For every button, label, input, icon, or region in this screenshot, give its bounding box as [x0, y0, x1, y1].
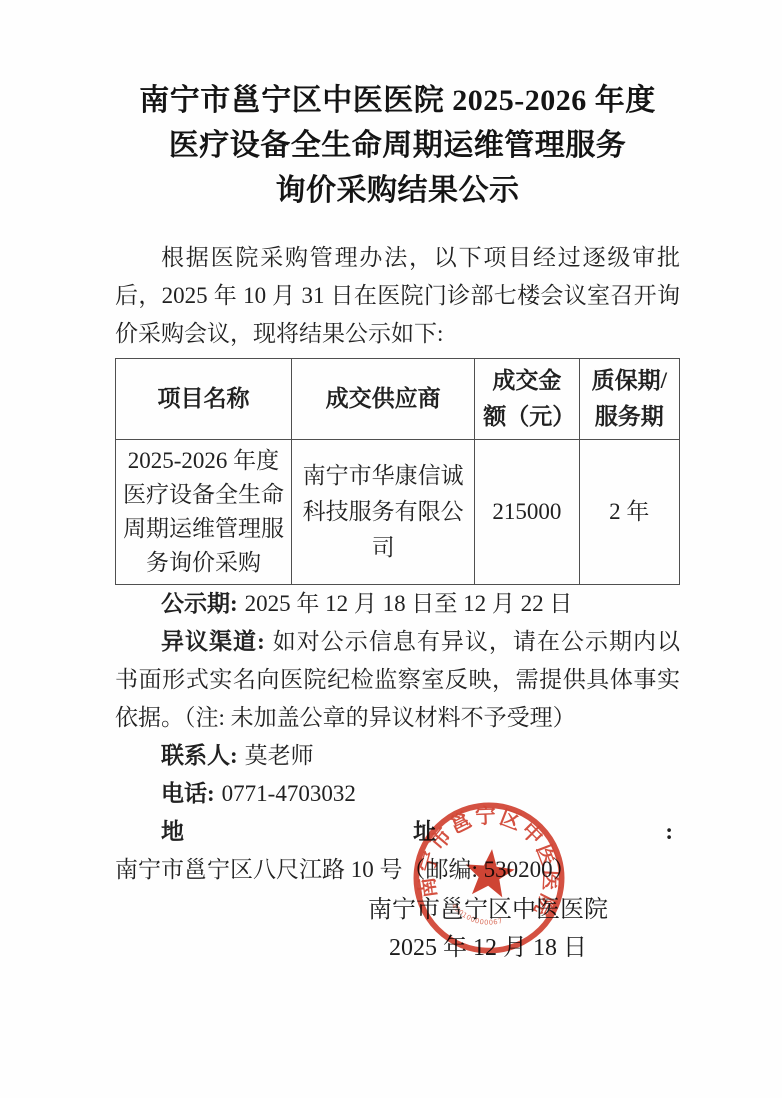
table-header-row: 项目名称 成交供应商 成交金额（元） 质保期/服务期	[116, 359, 680, 440]
procurement-results-table: 项目名称 成交供应商 成交金额（元） 质保期/服务期 2025-2026 年度医…	[115, 358, 680, 585]
seal-code: 450100000067	[448, 901, 505, 928]
document-title: 南宁市邕宁区中医医院 2025-2026 年度 医疗设备全生命周期运维管理服务 …	[115, 78, 680, 213]
official-seal-stamp-icon: 南宁市邕宁区中医医院 450100000067	[398, 787, 580, 969]
column-header-supplier: 成交供应商	[291, 359, 474, 440]
contact-person-value: 莫老师	[245, 743, 314, 768]
notice-contact-person: 联系人:莫老师	[115, 737, 680, 775]
column-header-amount: 成交金额（元）	[475, 359, 579, 440]
publicity-period-value: 2025 年 12 月 18 日至 12 月 22 日	[245, 591, 573, 616]
publicity-period-label: 公示期:	[161, 591, 238, 616]
column-header-project-name: 项目名称	[116, 359, 292, 440]
title-line-1: 南宁市邕宁区中医医院 2025-2026 年度	[115, 78, 680, 123]
title-line-3: 询价采购结果公示	[115, 168, 680, 213]
notice-objection-channel: 异议渠道:如对公示信息有异议，请在公示期内以书面形式实名向医院纪检监察室反映，需…	[115, 623, 680, 737]
phone-label: 电话:	[161, 781, 215, 806]
contact-person-label: 联系人:	[161, 743, 238, 768]
table-row: 2025-2026 年度医疗设备全生命周期运维管理服务询价采购 南宁市华康信诚科…	[116, 440, 680, 585]
cell-supplier: 南宁市华康信诚科技服务有限公司	[291, 440, 474, 585]
cell-amount: 215000	[475, 440, 579, 585]
document-page: 南宁市邕宁区中医医院 2025-2026 年度 医疗设备全生命周期运维管理服务 …	[0, 0, 782, 1098]
notice-address: 地址:南宁市邕宁区八尺江路 10 号（邮编: 530200）	[115, 813, 680, 889]
svg-text:450100000067: 450100000067	[448, 901, 505, 928]
objection-channel-label: 异议渠道:	[161, 629, 265, 654]
notice-phone: 电话:0771-4703032	[115, 775, 680, 813]
document-content: 南宁市邕宁区中医医院 2025-2026 年度 医疗设备全生命周期运维管理服务 …	[115, 0, 680, 889]
seal-star-icon	[463, 847, 517, 899]
cell-warranty: 2 年	[579, 440, 679, 585]
column-header-warranty: 质保期/服务期	[579, 359, 679, 440]
cell-project-name: 2025-2026 年度医疗设备全生命周期运维管理服务询价采购	[116, 440, 292, 585]
title-line-2: 医疗设备全生命周期运维管理服务	[115, 123, 680, 168]
intro-paragraph: 根据医院采购管理办法，以下项目经过逐级审批后，2025 年 10 月 31 日在…	[115, 239, 680, 353]
notice-publicity-period: 公示期:2025 年 12 月 18 日至 12 月 22 日	[115, 585, 680, 623]
phone-value: 0771-4703032	[222, 781, 356, 806]
